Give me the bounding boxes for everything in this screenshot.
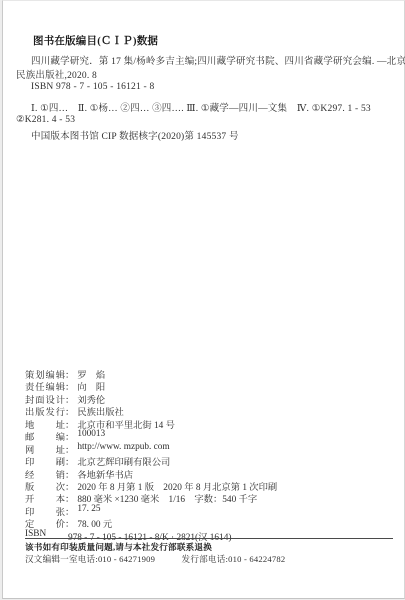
colophon-row-address: 地址：北京市和平里北街 14 号 (25, 417, 395, 429)
cip-classification-line2: ②K281. 4 - 53 (16, 114, 75, 125)
footer-divider (25, 538, 393, 539)
colophon-row-printer: 印刷：北京艺辉印刷有限公司 (25, 454, 395, 466)
cip-isbn-line: ISBN 978 - 7 - 105 - 16121 - 8 (31, 82, 154, 92)
colophon-row-postcode: 邮编：100013 (25, 429, 395, 441)
colophon-value: 100013 (77, 429, 105, 439)
colophon-row-edition: 版次：2020 年 8 月第 1 版 2020 年 8 月北京第 1 次印刷 (25, 479, 395, 491)
colophon-row-website: 网址：http://www. mzpub. com (25, 442, 395, 454)
colophon-row-price: 定价：78. 00 元 (25, 516, 395, 528)
colophon-row-isbn: ISBN978 - 7 - 105 - 16121 - 8/K · 2821(汉… (25, 529, 395, 541)
colophon-value: 880 毫米 ×1230 毫米 1/16 字数：540 千字 (77, 491, 257, 505)
cip-description-line1: 四川藏学研究．第 17 集/杨岭多吉主编;四川藏学研究书院、四川省藏学研究会编.… (31, 53, 405, 67)
colophon-row-publisher: 出版发行：民族出版社 (25, 404, 395, 416)
contact-phones: 汉文编辑一室电话:010 - 64271909 发行部电话:010 - 6422… (25, 553, 285, 565)
colophon-row-distributor: 经销：各地新华书店 (25, 467, 395, 479)
book-copyright-page: 图书在版编目(ＣＩＰ)数据 四川藏学研究．第 17 集/杨岭多吉主编;四川藏学研… (2, 0, 405, 599)
colophon-row-planning-editor: 策划编辑：罗 焰 (25, 367, 395, 379)
cip-description-line2: 民族出版社,2020. 8 (16, 67, 97, 81)
quality-notice: 该书如有印装质量问题,请与本社发行部联系退换 (25, 541, 212, 553)
colophon-row-responsible-editor: 责任编辑：向 阳 (25, 379, 395, 391)
colophon-value: http://www. mzpub. com (77, 442, 169, 452)
colophon-row-format: 开本：880 毫米 ×1230 毫米 1/16 字数：540 千字 (25, 491, 395, 503)
colophon-value: 17. 25 (77, 504, 100, 514)
cip-record-number: 中国版本图书馆 CIP 数据核字(2020)第 145537 号 (31, 128, 239, 142)
colophon-block: 策划编辑：罗 焰 责任编辑：向 阳 封面设计：刘秀伦 出版发行：民族出版社 地址… (25, 367, 395, 541)
cip-heading: 图书在版编目(ＣＩＰ)数据 (33, 33, 158, 48)
cip-classification-line1: Ⅰ. ①四… Ⅱ. ①杨… ②四… ③四…. Ⅲ. ①藏学—四川—文集 Ⅳ. ①… (31, 100, 371, 114)
colophon-row-sheets: 印张：17. 25 (25, 504, 395, 516)
colophon-row-cover-design: 封面设计：刘秀伦 (25, 392, 395, 404)
